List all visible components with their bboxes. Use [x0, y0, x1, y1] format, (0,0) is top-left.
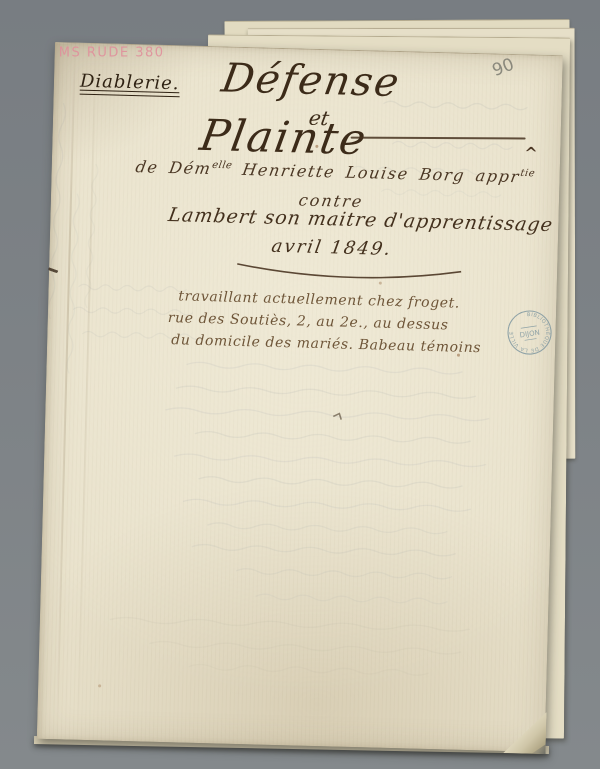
flourish-line	[235, 260, 463, 288]
plaintiff-superscript-2: tie	[520, 168, 536, 179]
plaintiff-superscript-1: elle	[211, 160, 233, 171]
photograph-backdrop: MS RUDE 380 90 Diablerie. Défense et Pla…	[0, 0, 600, 769]
plaintiff-pre: de Dém	[134, 157, 213, 178]
manuscript-page: MS RUDE 380 90 Diablerie. Défense et Pla…	[37, 42, 563, 752]
title-line-defense: Défense	[218, 55, 404, 105]
insertion-caret: ^	[524, 143, 538, 162]
ink-speck	[98, 684, 101, 687]
curled-corner	[498, 711, 547, 754]
annotation-line: travaillant actuellement chez froget.	[178, 288, 460, 311]
paper-crease	[56, 43, 76, 739]
date-line: avril 1849.	[270, 236, 394, 260]
library-stamp: BIBLIOTHÈQUE DE LA VILLE DIJON	[503, 306, 555, 358]
folio-number: 90	[490, 55, 517, 81]
archive-classification-mark: MS RUDE 380	[59, 45, 165, 60]
ink-speck	[457, 354, 460, 357]
edge-ink-mark	[48, 262, 60, 274]
annotation-line: rue des Soutiès, 2, au 2e., au dessus	[168, 310, 449, 333]
defendant-line: Lambert son maitre d'apprentissage	[167, 204, 555, 236]
plaintiff-line: de Démelle Henriette Louise Borg apprtie	[134, 157, 536, 186]
annotation-line: du domicile des mariés. Babeau témoins	[171, 332, 481, 356]
stamp-center-text: DIJON	[519, 329, 540, 340]
plaintiff-role: appr	[474, 166, 521, 186]
pen-stroke	[351, 137, 526, 140]
title-line-plainte: Plainte	[196, 111, 371, 165]
paper-crease	[77, 44, 97, 740]
ink-speck	[315, 145, 318, 148]
marginal-title-text: Diablerie.	[80, 71, 180, 98]
plaintiff-name: Henriette Louise Borg	[230, 160, 477, 185]
ink-speck	[379, 282, 382, 285]
marginal-title: Diablerie.	[80, 71, 180, 95]
